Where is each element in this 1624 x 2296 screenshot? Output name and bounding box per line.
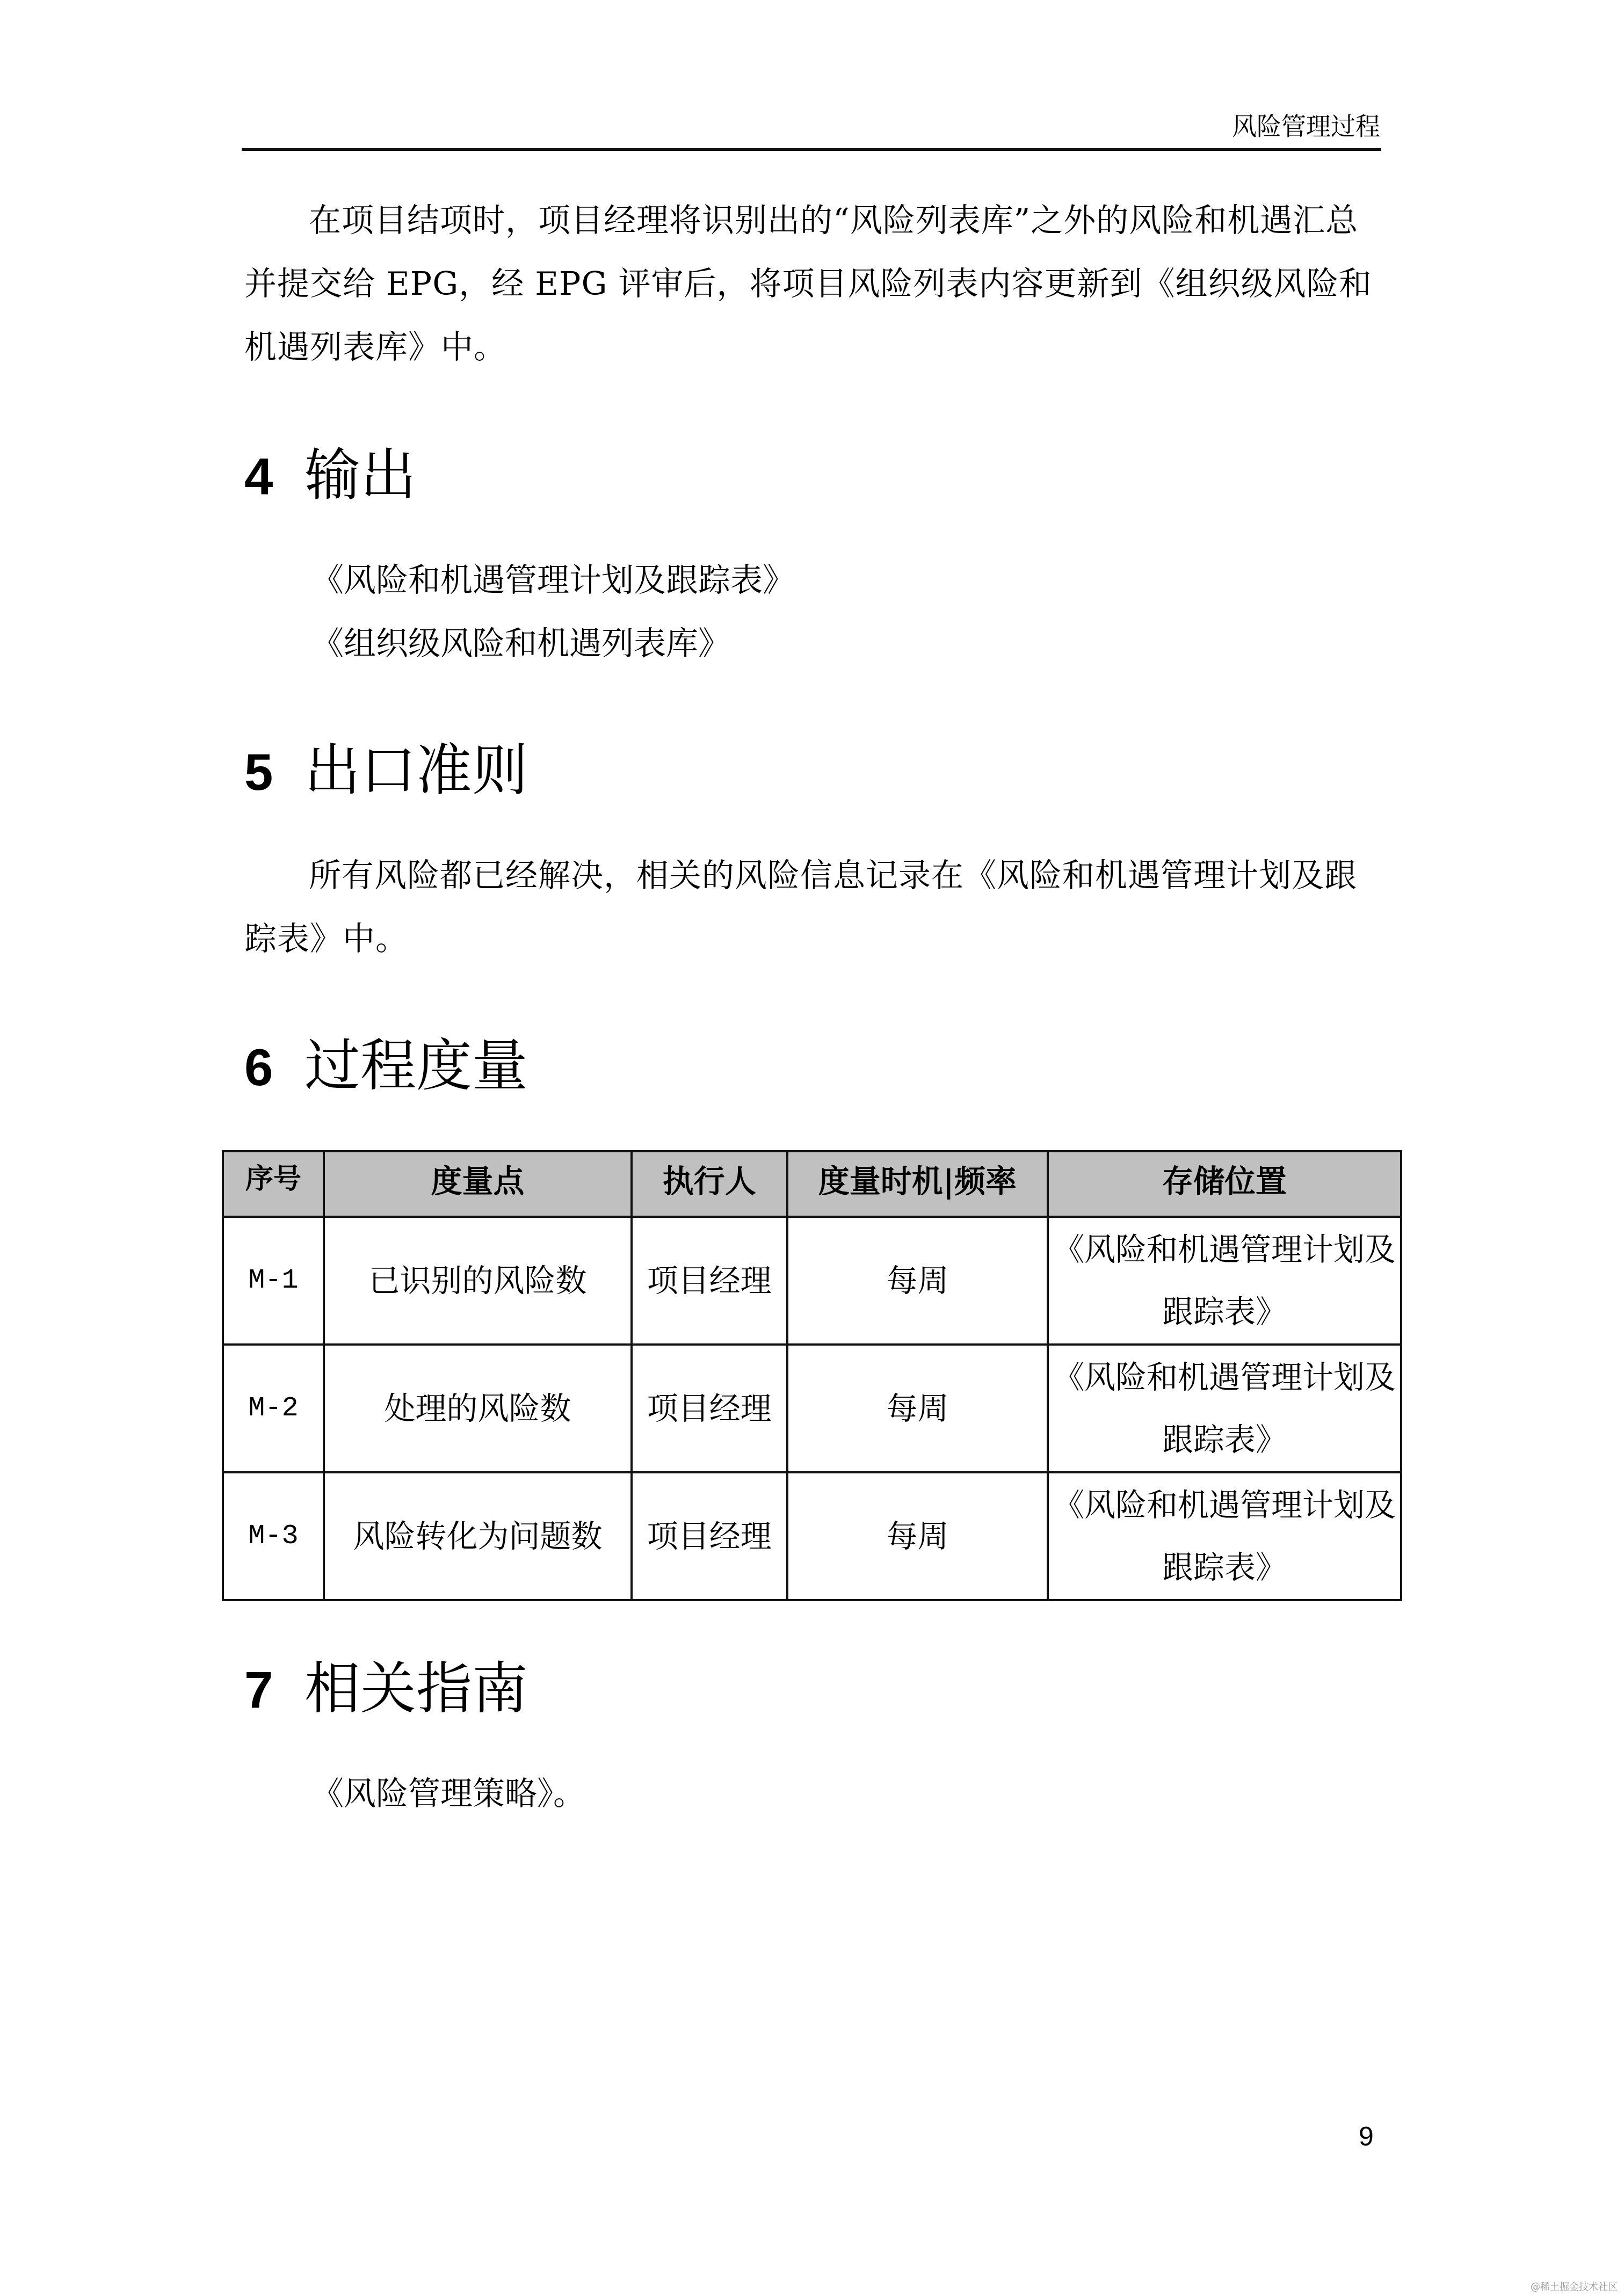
table-row: M-3 风险转化为问题数 项目经理 每周 《风险和机遇管理计划及跟踪表》: [223, 1472, 1401, 1600]
table-header-row: 序号 度量点 执行人 度量时机|频率 存储位置: [223, 1151, 1401, 1217]
metrics-table: 序号 度量点 执行人 度量时机|频率 存储位置 M-1 已识别的风险数 项目经理…: [222, 1150, 1402, 1601]
cell-storage: 《风险和机遇管理计划及跟踪表》: [1048, 1345, 1401, 1472]
cell-id: M-3: [223, 1472, 324, 1600]
cell-metric-point: 已识别的风险数: [324, 1217, 632, 1345]
cell-id: M-1: [223, 1217, 324, 1345]
cell-metric-point: 风险转化为问题数: [324, 1472, 632, 1600]
header-rule: [242, 148, 1381, 151]
table-row: M-2 处理的风险数 项目经理 每周 《风险和机遇管理计划及跟踪表》: [223, 1345, 1401, 1472]
cell-executor: 项目经理: [632, 1217, 787, 1345]
section-number: 7: [244, 1656, 305, 1726]
header-cell-metric-point: 度量点: [324, 1151, 632, 1217]
section-number: 6: [244, 1033, 305, 1103]
output-item: 《风险和机遇管理计划及跟踪表》: [311, 549, 795, 612]
page-number: 9: [1359, 2121, 1374, 2152]
section-number: 4: [244, 442, 305, 512]
section-heading-process-metrics: 6过程度量: [244, 1031, 528, 1103]
cell-storage: 《风险和机遇管理计划及跟踪表》: [1048, 1217, 1401, 1345]
section-title: 出口准则: [305, 738, 528, 803]
section-number: 5: [244, 738, 305, 808]
section-heading-related-guides: 7相关指南: [244, 1654, 528, 1726]
header-cell-id: 序号: [223, 1151, 324, 1217]
related-guide-item: 《风险管理策略》。: [311, 1762, 585, 1826]
table-row: M-1 已识别的风险数 项目经理 每周 《风险和机遇管理计划及跟踪表》: [223, 1217, 1401, 1345]
header-cell-executor: 执行人: [632, 1151, 787, 1217]
exit-criteria-text: 所有风险都已经解决，相关的风险信息记录在《风险和机遇管理计划及跟踪表》中。: [244, 857, 1357, 958]
section-heading-exit-criteria: 5出口准则: [244, 736, 528, 808]
cell-timing: 每周: [787, 1472, 1048, 1600]
cell-timing: 每周: [787, 1217, 1048, 1345]
section-title: 输出: [305, 442, 416, 508]
section-heading-output: 4输出: [244, 440, 416, 512]
header-cell-timing: 度量时机|频率: [787, 1151, 1048, 1217]
cell-storage: 《风险和机遇管理计划及跟踪表》: [1048, 1472, 1401, 1600]
section-title: 相关指南: [305, 1656, 528, 1721]
cell-executor: 项目经理: [632, 1472, 787, 1600]
exit-criteria-paragraph: 所有风险都已经解决，相关的风险信息记录在《风险和机遇管理计划及跟踪表》中。: [244, 844, 1383, 971]
running-header: 风险管理过程: [1181, 110, 1380, 142]
section-title: 过程度量: [305, 1033, 528, 1099]
output-item: 《组织级风险和机遇列表库》: [311, 612, 730, 675]
cell-executor: 项目经理: [632, 1345, 787, 1472]
watermark: @稀土掘金技术社区: [1531, 2279, 1618, 2293]
cell-metric-point: 处理的风险数: [324, 1345, 632, 1472]
intro-paragraph: 在项目结项时，项目经理将识别出的“风险列表库”之外的风险和机遇汇总并提交给 EP…: [244, 189, 1383, 379]
cell-id: M-2: [223, 1345, 324, 1472]
cell-timing: 每周: [787, 1345, 1048, 1472]
header-cell-storage: 存储位置: [1048, 1151, 1401, 1217]
intro-paragraph-text: 在项目结项时，项目经理将识别出的“风险列表库”之外的风险和机遇汇总并提交给 EP…: [244, 202, 1372, 366]
